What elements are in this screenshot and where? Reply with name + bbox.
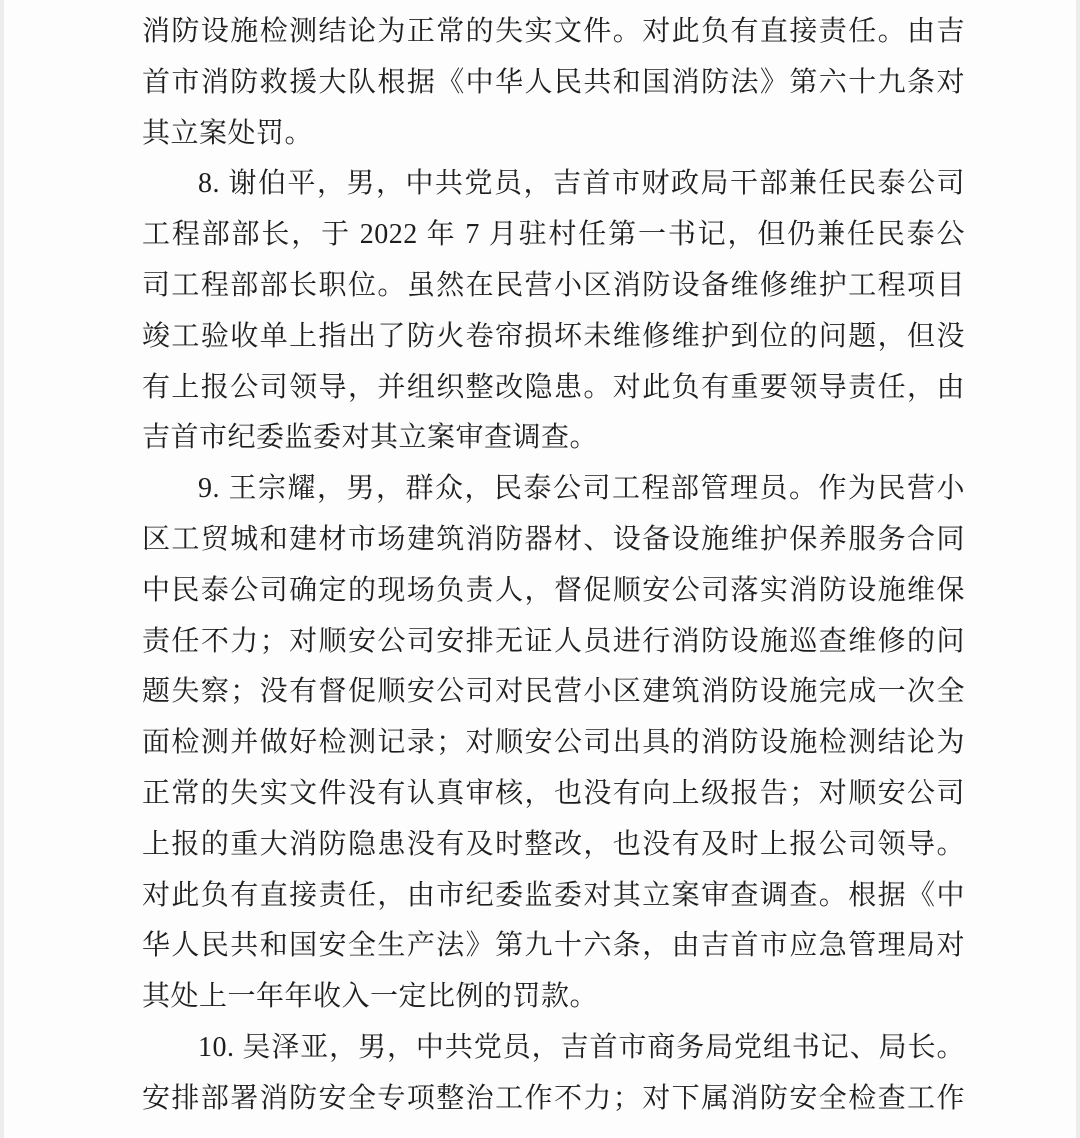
document-line: 司工程部部长职位。虽然在民营小区消防设备维修维护工程项目 <box>142 261 965 312</box>
document-page: 消防设施检测结论为正常的失实文件。对此负有直接责任。由吉首市消防救援大队根据《中… <box>0 0 1080 1138</box>
document-line: 责任不力；对顺安公司安排无证人员进行消防设施巡查维修的问 <box>142 617 965 668</box>
document-line: 竣工验收单上指出了防火卷帘损坏未维修维护到位的问题，但没 <box>142 312 965 363</box>
document-line: 首市消防救援大队根据《中华人民共和国消防法》第六十九条对 <box>142 58 965 109</box>
document-line: 中民泰公司确定的现场负责人，督促顺安公司落实消防设施维保 <box>142 566 965 617</box>
document-line: 面检测并做好检测记录；对顺安公司出具的消防设施检测结论为 <box>142 718 965 769</box>
document-line: 华人民共和国安全生产法》第九十六条，由吉首市应急管理局对 <box>142 921 965 972</box>
document-line: 题失察；没有督促顺安公司对民营小区建筑消防设施完成一次全 <box>142 667 965 718</box>
document-line: 其立案处罚。 <box>142 109 965 160</box>
document-line: 消防设施检测结论为正常的失实文件。对此负有直接责任。由吉 <box>142 7 965 58</box>
document-line: 工程部部长，于 2022 年 7 月驻村任第一书记，但仍兼任民泰公 <box>142 210 965 261</box>
document-body: 消防设施检测结论为正常的失实文件。对此负有直接责任。由吉首市消防救援大队根据《中… <box>142 7 965 1125</box>
document-line: 10. 吴泽亚，男，中共党员，吉首市商务局党组书记、局长。 <box>142 1023 965 1074</box>
document-line: 区工贸城和建材市场建筑消防器材、设备设施维护保养服务合同 <box>142 515 965 566</box>
document-line: 9. 王宗耀，男，群众，民泰公司工程部管理员。作为民营小 <box>142 464 965 515</box>
document-line: 对此负有直接责任，由市纪委监委对其立案审查调查。根据《中 <box>142 871 965 922</box>
scan-edge-right <box>1076 0 1080 1138</box>
scan-edge-left <box>0 0 4 1138</box>
document-line: 正常的失实文件没有认真审核，也没有向上级报告；对顺安公司 <box>142 769 965 820</box>
document-line: 8. 谢伯平，男，中共党员，吉首市财政局干部兼任民泰公司 <box>142 159 965 210</box>
document-line: 吉首市纪委监委对其立案审查调查。 <box>142 413 965 464</box>
document-line: 其处上一年年收入一定比例的罚款。 <box>142 972 965 1023</box>
document-line: 上报的重大消防隐患没有及时整改，也没有及时上报公司领导。 <box>142 820 965 871</box>
document-line: 有上报公司领导，并组织整改隐患。对此负有重要领导责任，由 <box>142 363 965 414</box>
document-line: 安排部署消防安全专项整治工作不力；对下属消防安全检查工作 <box>142 1074 965 1125</box>
